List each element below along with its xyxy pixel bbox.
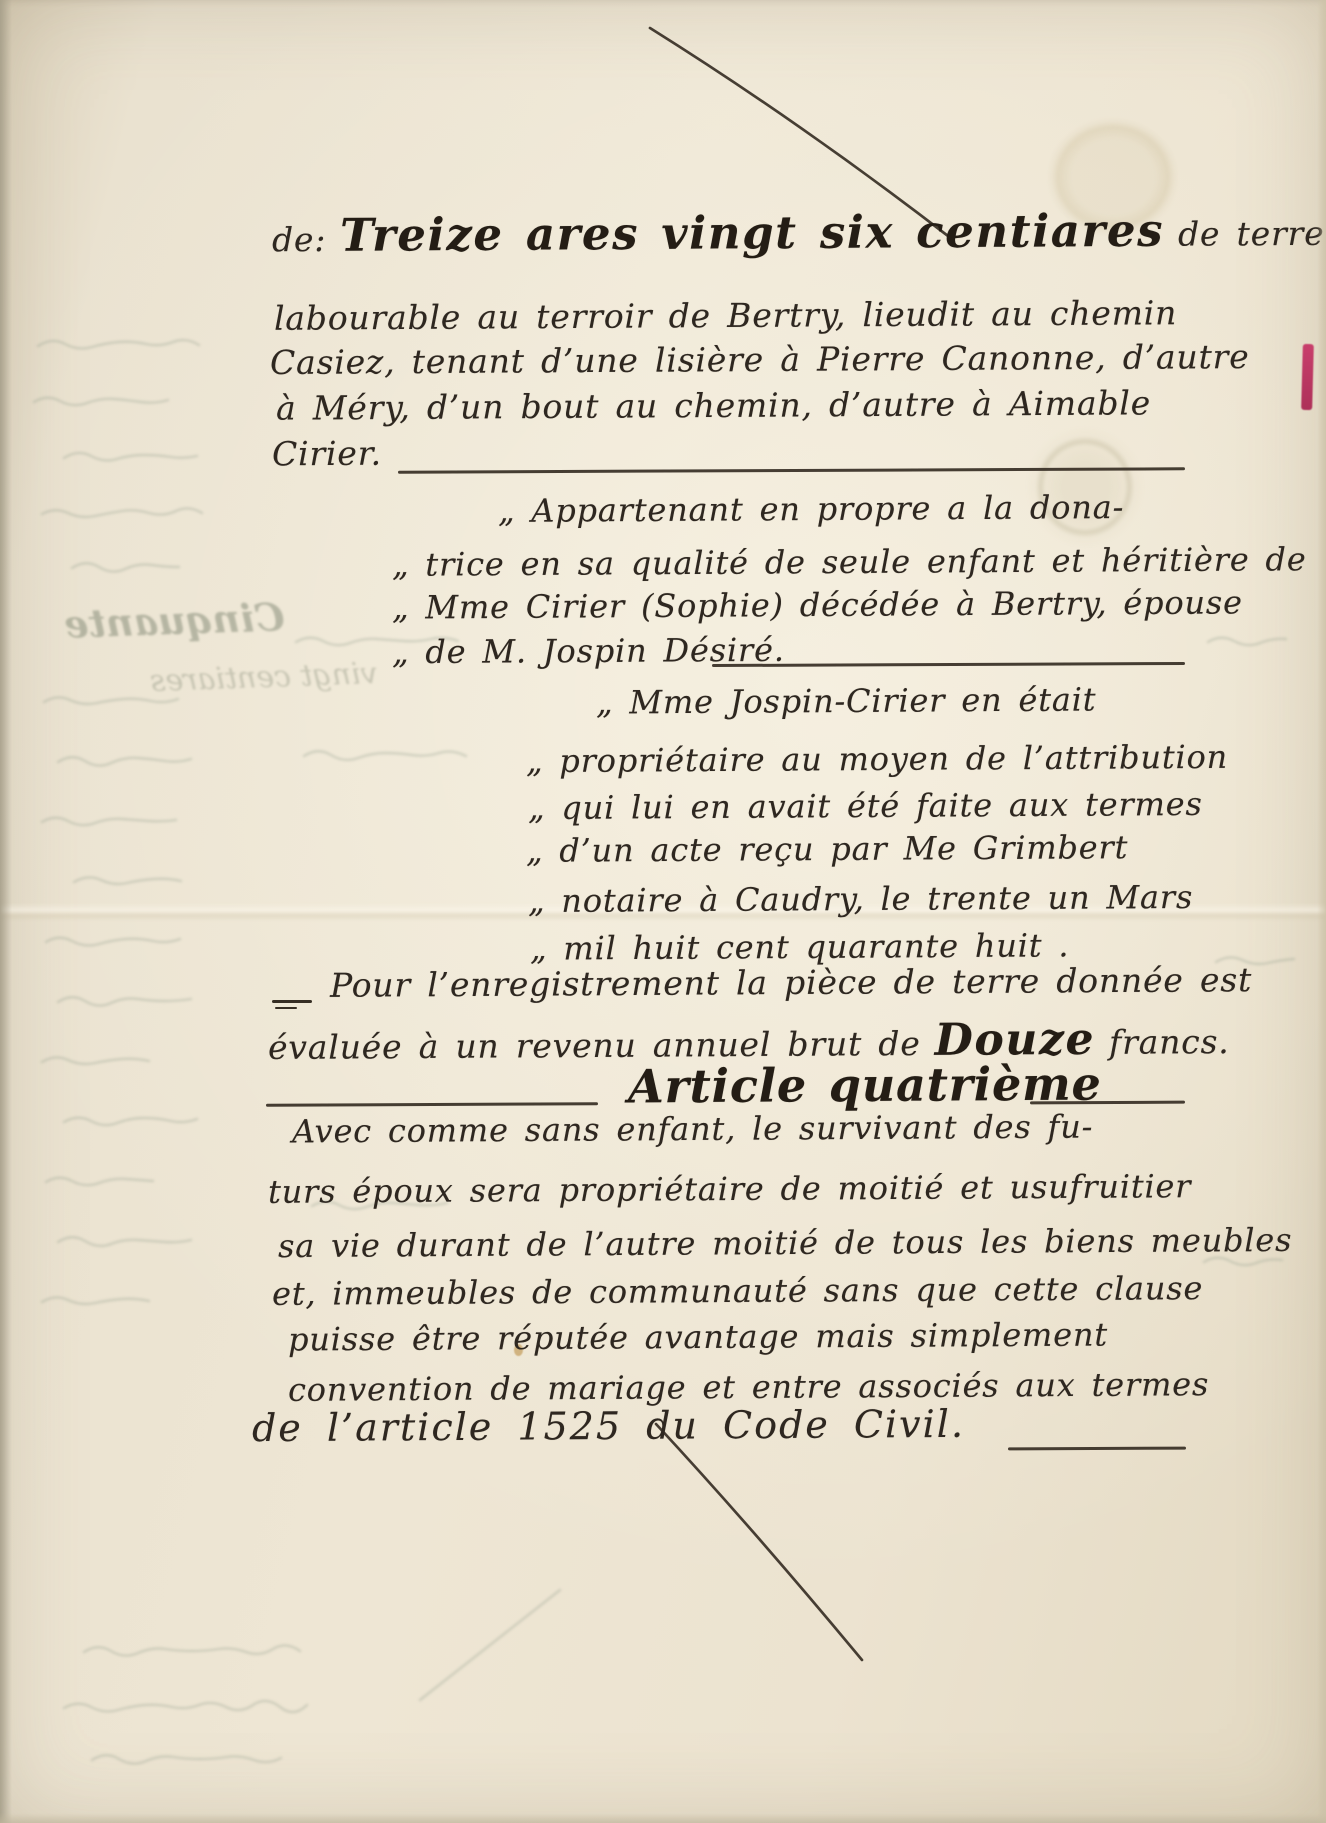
manuscript-line: turs époux sera propriétaire de moitié e… [268, 1167, 1192, 1211]
quoted-line: „ qui lui en avait été faite aux termes [528, 785, 1203, 827]
manuscript-line: puisse être réputée avantage mais simple… [288, 1315, 1108, 1358]
manuscript-line: Cirier. [272, 434, 382, 474]
scan-edge-bottom [0, 1813, 1326, 1823]
value-suffix-text: francs. [1109, 1022, 1230, 1062]
amount-suffix-text: de terre [1178, 214, 1325, 254]
quoted-line: „ trice en sa qualité de seule enfant et… [392, 540, 1307, 584]
quoted-line: „ propriétaire au moyen de l’attribution [526, 738, 1228, 780]
scan-edge-left [0, 0, 12, 1823]
manuscript-line: de l’article 1525 du Code Civil. [252, 1402, 965, 1450]
scan-edge-right [1317, 0, 1326, 1823]
lead-in-text: de: [272, 220, 326, 259]
manuscript-line: labourable au terroir de Bertry, lieudit… [274, 293, 1177, 338]
manuscript-line: Pour l’enregistrement la pièce de terre … [330, 960, 1252, 1005]
quoted-line: „ notaire à Caudry, le trente un Mars [528, 878, 1193, 920]
manuscript-page: Cinquante vingt centiares de: Treize are… [0, 0, 1326, 1823]
closing-stroke-bottom [656, 1424, 862, 1660]
manuscript-line: Casiez, tenant d’une lisière à Pierre Ca… [270, 337, 1250, 382]
margin-dash-mark [275, 1007, 297, 1009]
opening-amount-line: de: Treize ares vingt six centiares de t… [272, 203, 1325, 262]
quoted-line: „ d’un acte reçu par Me Grimbert [526, 828, 1128, 870]
quoted-line: „ Mme Jospin-Cirier en était [596, 680, 1097, 721]
amount-display-text: Treize ares vingt six centiares [340, 204, 1164, 262]
manuscript-line: et, immeubles de communauté sans que cet… [272, 1269, 1203, 1313]
manuscript-line: Avec comme sans enfant, le survivant des… [292, 1108, 1093, 1151]
margin-dash-mark [272, 1000, 312, 1003]
manuscript-line: à Méry, d’un bout au chemin, d’autre à A… [276, 383, 1151, 427]
article-heading: Article quatrième [628, 1057, 1102, 1114]
manuscript-line: sa vie durant de l’autre moitié de tous … [278, 1221, 1293, 1265]
registrar-pink-stroke [1301, 344, 1314, 410]
quoted-line: „ Appartenant en propre a la dona- [498, 488, 1124, 530]
quoted-line: „ Mme Cirier (Sophie) décédée à Bertry, … [392, 583, 1243, 626]
